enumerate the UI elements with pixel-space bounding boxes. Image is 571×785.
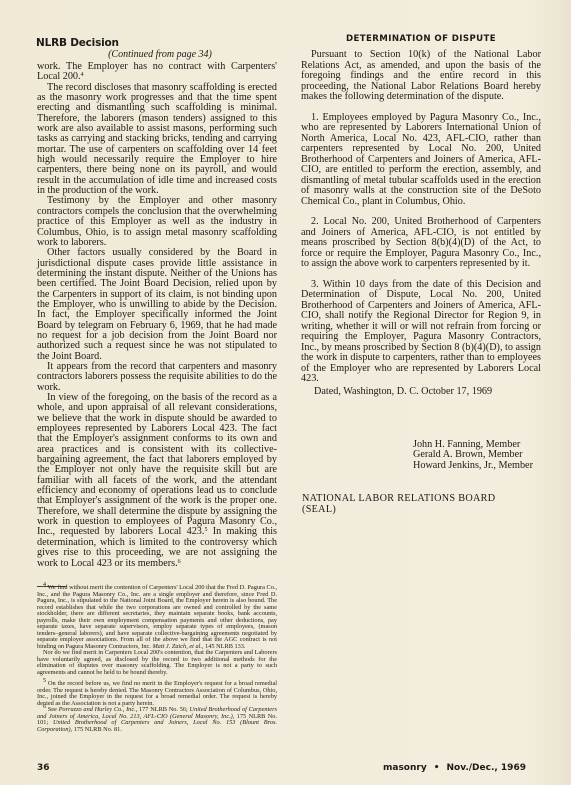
paragraph: work. The Employer has no contract with … [37, 62, 277, 83]
bullet-separator: • [434, 763, 440, 773]
board-name: NATIONAL LABOR RELATIONS BOARD [302, 494, 495, 505]
footnote-4-continued: Nor do we find merit in Carpenters Local… [37, 650, 277, 676]
running-footer: masonry•Nov./Dec., 1969 [383, 763, 526, 773]
board-seal-block: NATIONAL LABOR RELATIONS BOARD (SEAL) [302, 494, 495, 515]
dated-line: Dated, Washington, D. C. October 17, 196… [314, 386, 492, 397]
paragraph: The record discloses that masonry scaffo… [37, 83, 277, 197]
issue-date: Nov./Dec., 1969 [446, 763, 525, 773]
footnote-ref[interactable]: 4 [81, 72, 84, 78]
determination-item-3: 3. Within 10 days from the date of this … [301, 280, 541, 385]
paragraph: Other factors usually considered by the … [37, 248, 277, 362]
determination-item-1: 1. Employees employed by Pagura Masonry … [301, 113, 541, 208]
footnote-4: 4 We find without merit the contention o… [37, 585, 277, 650]
magazine-page: NLRB Decision (Continued from page 34) D… [0, 0, 571, 785]
signature-line: Howard Jenkins, Jr., Member [413, 461, 533, 471]
footnotes: 4 We find without merit the contention o… [37, 585, 277, 733]
paragraph: It appears from the record that carpente… [37, 362, 277, 393]
footnote-6: 6 See Porrazzo and Hurley Co., Inc., 177… [37, 707, 277, 733]
page-number: 36 [37, 763, 50, 773]
determination-heading: DETERMINATION OF DISPUTE [300, 34, 542, 44]
paragraph: Testimony by the Employer and other maso… [37, 196, 277, 248]
paragraph: In view of the foregoing, on the basis o… [37, 393, 277, 569]
signature-block: John H. Fanning, Member Gerald A. Brown,… [413, 440, 533, 471]
continued-note: (Continued from page 34) [0, 49, 320, 60]
publication-name: masonry [383, 763, 427, 773]
right-column: Pursuant to Section 10(k) of the Nationa… [301, 50, 541, 395]
footnote-5: 5 On the record before us, we find no me… [37, 681, 277, 707]
section-title: NLRB Decision [36, 37, 119, 49]
determination-intro: Pursuant to Section 10(k) of the Nationa… [301, 50, 541, 103]
determination-item-2: 2. Local No. 200, United Brotherhood of … [301, 217, 541, 270]
seal-label: (SEAL) [302, 505, 495, 516]
footnote-ref[interactable]: 6 [178, 559, 181, 565]
left-column: work. The Employer has no contract with … [37, 62, 277, 569]
